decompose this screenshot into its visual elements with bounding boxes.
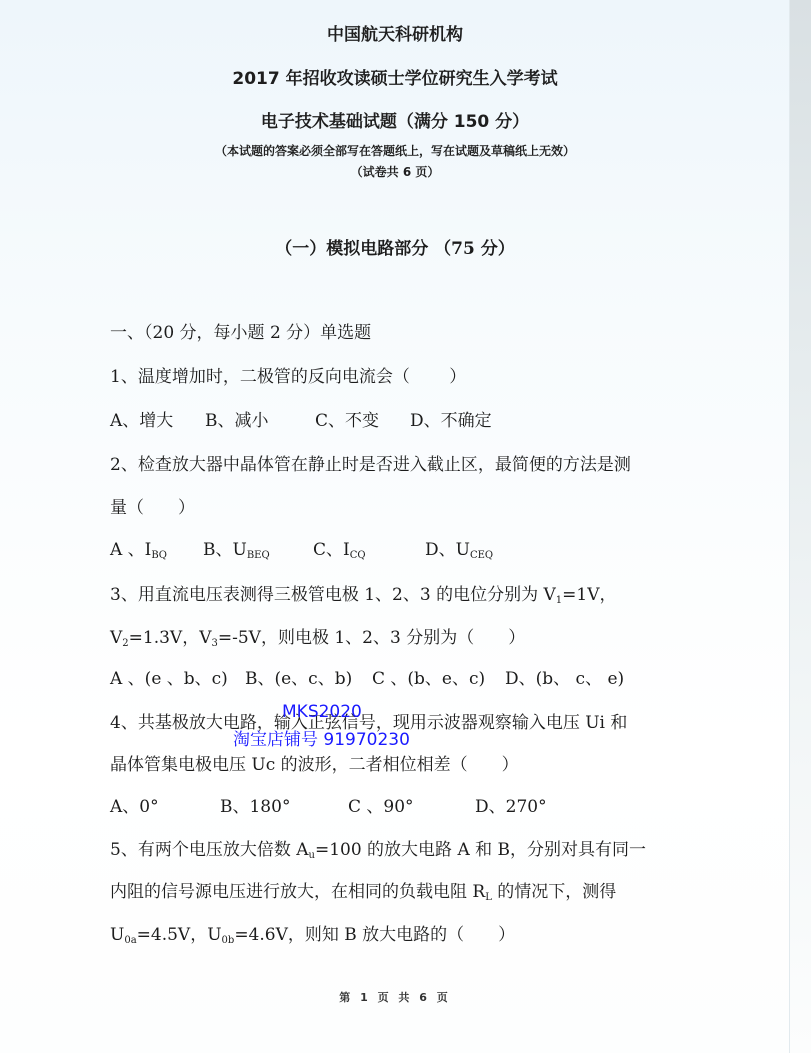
q1-option-c: C、不变	[315, 406, 410, 431]
q2-option-a-label: A 、I	[110, 540, 151, 560]
exam-title: 2017 年招收攻读硕士学位研究生入学考试	[0, 64, 790, 89]
q3-option-d: D、(b、 c、 e)	[505, 664, 624, 689]
q2-option-a-sub: BQ	[151, 550, 167, 561]
q3-line1-text: 3、用直流电压表测得三极管电极 1、2、3 的电位分别为 V	[110, 585, 556, 605]
q1-option-a: A、增大	[110, 406, 205, 431]
question-2-stem-line2: 量（ ）	[110, 493, 195, 518]
q1-option-b: B、减小	[205, 406, 315, 431]
q5-rl-sub: L	[485, 892, 492, 903]
question-2-stem-line1: 2、检查放大器中晶体管在静止时是否进入截止区，最简便的方法是测	[110, 450, 631, 475]
question-3-stem-line1: 3、用直流电压表测得三极管电极 1、2、3 的电位分别为 V1=1V，	[110, 580, 616, 606]
q5-u0a-label: U	[110, 925, 124, 945]
q2-option-a: A 、IBQ	[110, 535, 203, 561]
q3-v1-value: =1V，	[562, 585, 616, 605]
institution-title: 中国航天科研机构	[0, 20, 790, 45]
page-footer: 第 1 页 共 6 页	[0, 989, 790, 1005]
q3-option-c: C 、(b、e、c)	[372, 664, 505, 689]
q2-option-b-label: B、U	[203, 540, 247, 560]
question-5-stem-line3: U0a=4.5V，U0b=4.6V，则知 B 放大电路的（ ）	[110, 920, 515, 946]
watermark-line2: 淘宝店铺号 91970230	[233, 725, 410, 750]
question-4-options: A、0°B、180°C 、90°D、270°	[110, 792, 547, 817]
q2-option-c-sub: CQ	[350, 550, 366, 561]
q5-line2-rest: 的情况下，测得	[492, 882, 616, 902]
q5-u0a-sub: 0a	[124, 935, 136, 946]
q3-v3-value: =-5V，则电极 1、2、3 分别为（ ）	[218, 628, 525, 648]
q1-option-d: D、不确定	[410, 406, 492, 431]
q5-line2-text: 内阻的信号源电压进行放大，在相同的负载电阻 R	[110, 882, 485, 902]
question-3-options: A 、(e 、b、c)B、(e、c、b)C 、(b、e、c)D、(b、 c、 e…	[110, 664, 624, 689]
watermark-line1: MKS2020	[282, 702, 362, 722]
page-count-note: （试卷共 6 页）	[0, 163, 790, 180]
answer-notice: （本试题的答案必须全部写在答题纸上，写在试题及草稿纸上无效）	[0, 142, 790, 159]
question-5-stem-line2: 内阻的信号源电压进行放大，在相同的负载电阻 RL 的情况下，测得	[110, 877, 616, 903]
q2-option-d-label: D、U	[425, 540, 470, 560]
q2-option-b: B、UBEQ	[203, 535, 313, 561]
q4-option-a: A、0°	[110, 792, 220, 817]
question-4-stem-line2: 晶体管集电极电压 Uc 的波形，二者相位相差（ ）	[110, 750, 519, 775]
q2-option-d: D、UCEQ	[425, 535, 493, 561]
scan-edge-strip	[789, 0, 811, 1053]
q2-option-d-sub: CEQ	[470, 550, 493, 561]
subject-title: 电子技术基础试题（满分 150 分）	[0, 107, 790, 132]
q4-option-d: D、270°	[475, 792, 547, 817]
q3-v2-label: V	[110, 628, 122, 648]
q5-u0b-sub: 0b	[222, 935, 235, 946]
question-5-stem-line1: 5、有两个电压放大倍数 Au=100 的放大电路 A 和 B，分别对具有同一	[110, 835, 646, 861]
q5-line1-text: 5、有两个电压放大倍数 A	[110, 840, 309, 860]
question-3-stem-line2: V2=1.3V，V3=-5V，则电极 1、2、3 分别为（ ）	[110, 623, 525, 649]
q4-option-c: C 、90°	[348, 792, 475, 817]
q2-option-b-sub: BEQ	[247, 550, 270, 561]
q2-option-c-label: C、I	[313, 540, 350, 560]
question-1-stem: 1、温度增加时，二极管的反向电流会（ ）	[110, 362, 466, 387]
q3-option-a: A 、(e 、b、c)	[110, 664, 245, 689]
q5-u0b-value: =4.6V，则知 B 放大电路的（ ）	[234, 925, 515, 945]
question-2-options: A 、IBQB、UBEQC、ICQD、UCEQ	[110, 535, 493, 561]
q4-option-b: B、180°	[220, 792, 348, 817]
question-1-options: A、增大B、减小C、不变D、不确定	[110, 406, 492, 431]
exam-page: 中国航天科研机构 2017 年招收攻读硕士学位研究生入学考试 电子技术基础试题（…	[0, 0, 811, 1053]
q2-option-c: C、ICQ	[313, 535, 425, 561]
part-heading: 一、（20 分，每小题 2 分）单选题	[110, 318, 371, 343]
q3-option-b: B、(e、c、b)	[245, 664, 372, 689]
section-title: （一）模拟电路部分 （75 分）	[0, 234, 790, 259]
q5-u0a-value: =4.5V，U	[137, 925, 222, 945]
q3-v2-value: =1.3V，V	[129, 628, 212, 648]
q5-line1-rest: =100 的放大电路 A 和 B，分别对具有同一	[315, 840, 646, 860]
